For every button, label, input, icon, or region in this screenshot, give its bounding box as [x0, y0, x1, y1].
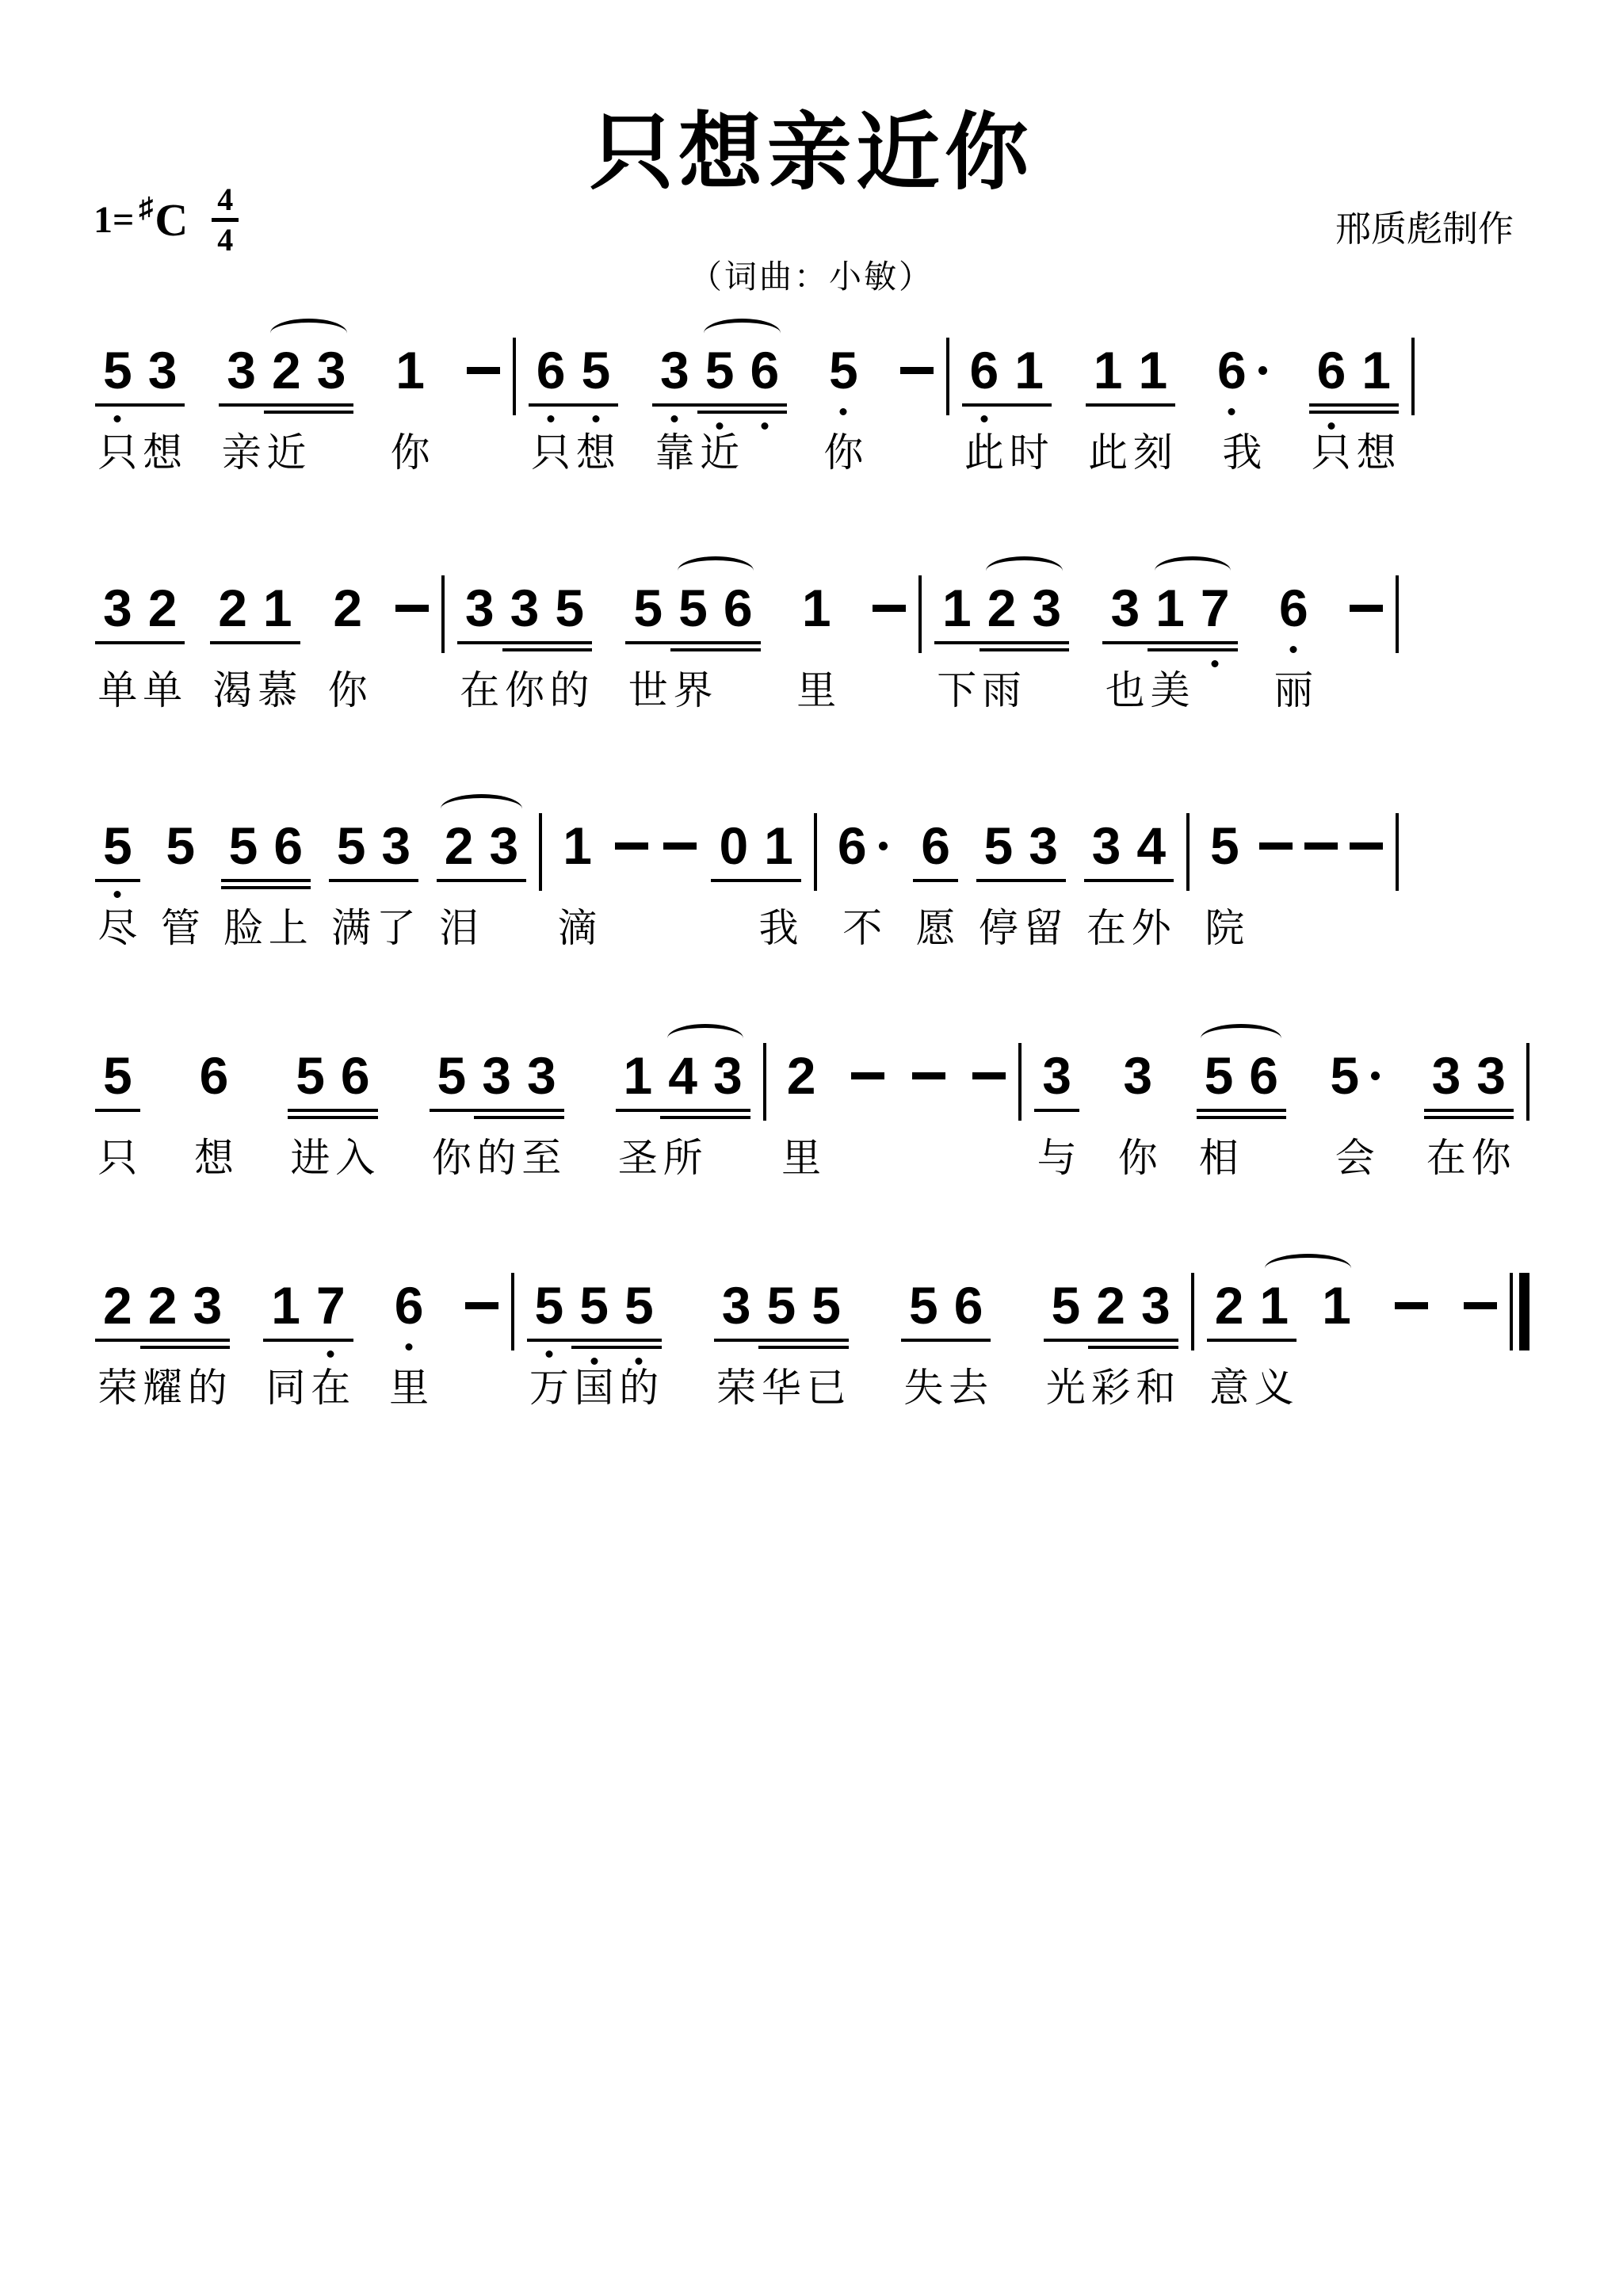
lyric-syllable: 里 — [796, 670, 836, 710]
beam-underline — [373, 879, 418, 882]
beam-underline — [980, 648, 1025, 651]
beam-underline — [934, 641, 980, 644]
beam-underline — [697, 403, 743, 407]
beam-group: 1此1刻 — [1086, 341, 1175, 399]
measure: 3在3你5的5世5界61里 — [445, 579, 918, 637]
beam-underline — [1309, 403, 1354, 407]
note-digit: 0 — [719, 819, 748, 872]
low-octave-dot — [406, 1343, 413, 1350]
note: 2荣 — [95, 1276, 140, 1335]
beam-underline — [265, 879, 311, 882]
beam-underline — [1133, 1346, 1178, 1349]
note: 2泪 — [437, 816, 482, 875]
note-digit: 7 — [1201, 582, 1230, 634]
note-digit: 5 — [624, 1279, 654, 1331]
lyric-syllable: 华 — [762, 1368, 801, 1408]
beam-group: 3靠5近6 — [652, 341, 787, 399]
note-digit: 4 — [1136, 819, 1166, 872]
note: 3你 — [1115, 1046, 1160, 1105]
lyric-syllable: 留 — [1024, 908, 1064, 948]
lyric-syllable: 近 — [266, 433, 306, 472]
lyric-syllable: 近 — [700, 433, 739, 472]
beam-group: 1圣4所3 — [616, 1046, 750, 1105]
note-digit: 6 — [273, 819, 303, 872]
lyric-syllable: 管 — [161, 908, 200, 948]
beam-underline — [962, 403, 1007, 407]
song-title: 只想亲近你 — [0, 86, 1623, 206]
note: 2里 — [779, 1046, 824, 1105]
beam-underline — [221, 886, 266, 889]
note: 5脸 — [221, 816, 266, 875]
note: 2单 — [140, 579, 185, 637]
measure: 2荣2耀3的1同7在6里 — [95, 1276, 511, 1335]
note: 5国 — [571, 1276, 617, 1335]
beam-underline — [1133, 1339, 1178, 1342]
beam-underline — [309, 403, 354, 407]
note-digit: 3 — [713, 1049, 743, 1102]
music-line: 5只6想5进6入5你3的3至1圣4所32里3与3你5相65会3在3你 — [95, 1046, 1529, 1121]
note: 1 — [1314, 1276, 1359, 1335]
note: 5世 — [625, 579, 670, 637]
note-digit: 2 — [333, 582, 362, 634]
measure: 5只3想3亲2近31你 — [95, 341, 513, 399]
final-barline-thin — [1510, 1273, 1513, 1350]
note-digit: 2 — [148, 582, 178, 634]
lyric-syllable: 光 — [1046, 1368, 1086, 1408]
lyric-syllable: 想 — [143, 433, 182, 472]
note: 5停 — [976, 816, 1022, 875]
beam-underline — [1102, 641, 1148, 644]
note: 6里 — [387, 1276, 432, 1335]
dash-continuation — [912, 1072, 945, 1079]
measure: 1下2雨33也1美76丽 — [922, 579, 1396, 637]
beam-underline — [705, 1109, 750, 1112]
lyric-syllable: 里 — [389, 1368, 429, 1408]
lyric-syllable: 至 — [521, 1138, 561, 1178]
measure: 3单2单2渴1慕2你 — [95, 579, 441, 637]
note: 3 — [1024, 579, 1069, 637]
note-digit: 1 — [1322, 1279, 1351, 1331]
lyric-syllable: 同 — [266, 1368, 306, 1408]
note-digit: 2 — [445, 819, 474, 872]
note-digit: 3 — [1123, 1049, 1152, 1102]
note: 5万 — [527, 1276, 572, 1335]
lyric-syllable: 只 — [1312, 433, 1351, 472]
beam-underline — [140, 641, 185, 644]
beam-underline — [430, 1109, 475, 1112]
lyric-syllable: 世 — [628, 670, 668, 710]
beam-underline — [527, 1339, 572, 1342]
beam-underline — [264, 403, 309, 407]
dash-continuation — [465, 1302, 498, 1309]
note-digit: 3 — [1141, 1279, 1170, 1331]
low-octave-dot — [590, 1358, 598, 1365]
lyric-syllable: 你 — [1118, 1138, 1158, 1178]
note: 0 — [711, 816, 756, 875]
note-digit: 5 — [581, 344, 610, 396]
lyric-syllable: 你 — [391, 433, 430, 472]
lyric-syllable: 失 — [903, 1368, 943, 1408]
note: 7 — [1193, 579, 1238, 637]
note-digit: 1 — [563, 819, 592, 872]
note: 1你 — [388, 341, 433, 399]
dash-continuation — [1304, 842, 1338, 850]
beam-group: 5失6去 — [901, 1276, 991, 1335]
beam-group: 6只1想 — [1309, 341, 1399, 399]
low-octave-dot — [114, 891, 121, 898]
note-digit: 3 — [482, 1049, 511, 1102]
lyric-syllable: 荣 — [97, 1368, 137, 1408]
note: 4所 — [660, 1046, 705, 1105]
barline — [1396, 575, 1399, 653]
lyric-syllable: 慕 — [258, 670, 297, 710]
beam-underline — [140, 403, 185, 407]
note: 6 — [1241, 1046, 1286, 1105]
beam-underline — [255, 641, 300, 644]
note-digit: 1 — [802, 582, 831, 634]
note: 1我 — [756, 816, 801, 875]
note-digit: 3 — [1032, 582, 1061, 634]
beam-underline — [573, 403, 618, 407]
dash-continuation — [395, 605, 429, 612]
note: 5相 — [1197, 1046, 1242, 1105]
beam-group: 3亲2近3 — [219, 341, 353, 399]
measure: 5只6想5进6入5你3的3至1圣4所3 — [95, 1046, 763, 1105]
note: 3你 — [1468, 1046, 1514, 1105]
note-digit: 3 — [489, 819, 518, 872]
beam-underline — [1251, 1339, 1296, 1342]
slur-arc — [704, 319, 780, 336]
note: 5只 — [95, 1046, 140, 1105]
note: 5管 — [158, 816, 203, 875]
beam-underline — [519, 1109, 564, 1112]
note-digit: 2 — [787, 1049, 816, 1102]
lyric-syllable: 界 — [673, 670, 712, 710]
lyric-syllable: 单 — [143, 670, 182, 710]
measure: 2里 — [766, 1046, 1019, 1105]
measure: 6此1时1此1刻6我6只1想 — [949, 341, 1411, 399]
beam-group: 01我 — [711, 816, 800, 875]
dash-continuation — [663, 842, 697, 850]
note: 1刻 — [1131, 341, 1176, 399]
note-digit: 1 — [1155, 582, 1185, 634]
lyric-syllable: 外 — [1132, 908, 1171, 948]
lyric-syllable: 圣 — [618, 1138, 658, 1178]
note: 6不 — [830, 816, 896, 875]
note: 6上 — [265, 816, 311, 875]
lyric-syllable: 此 — [964, 433, 1004, 472]
beam-underline — [1084, 879, 1129, 882]
lyric-syllable: 亲 — [222, 433, 262, 472]
low-octave-dot — [592, 415, 599, 422]
note-digit: 3 — [103, 582, 132, 634]
note: 3 — [705, 1046, 750, 1105]
note: 1同 — [263, 1276, 308, 1335]
note: 1美 — [1148, 579, 1193, 637]
note-digit: 5 — [705, 344, 735, 396]
note: 1圣 — [616, 1046, 661, 1105]
note-digit: 1 — [1361, 344, 1391, 396]
beam-underline — [1148, 648, 1193, 651]
lyric-syllable: 荣 — [716, 1368, 756, 1408]
lyric-syllable: 靠 — [655, 433, 694, 472]
beam-group: 3在4外 — [1084, 816, 1174, 875]
note-digit: 3 — [227, 344, 256, 396]
note: 3单 — [95, 579, 140, 637]
note-digit: 5 — [437, 1049, 467, 1102]
beam-underline — [329, 879, 374, 882]
barline — [1411, 338, 1415, 415]
note-digit: 3 — [193, 1279, 222, 1331]
beam-underline — [660, 1116, 705, 1119]
lyric-syllable: 时 — [1010, 433, 1049, 472]
note: 3荣 — [714, 1276, 759, 1335]
lyric-syllable: 了 — [376, 908, 416, 948]
key-signature: 1= ♯ C 4 4 — [94, 182, 239, 258]
beam-underline — [1128, 879, 1174, 882]
beam-underline — [804, 1346, 849, 1349]
measure: 5尽5管5脸6上5满3了2泪3 — [95, 816, 539, 875]
beam-underline — [1468, 1116, 1514, 1119]
beam-underline — [185, 1339, 230, 1342]
beam-underline — [1021, 879, 1066, 882]
sharp-accidental-icon: ♯ — [139, 191, 153, 224]
dash-continuation — [1350, 605, 1383, 612]
lyric-syllable: 丽 — [1274, 670, 1313, 710]
beam-group: 3单2单 — [95, 579, 185, 637]
lyric-syllable: 满 — [331, 908, 371, 948]
measure: 5院 — [1190, 816, 1396, 875]
note: 2耀 — [140, 1276, 185, 1335]
note: 2意 — [1207, 1276, 1252, 1335]
beam-underline — [1241, 1109, 1286, 1112]
beam-group: 5满3了 — [329, 816, 418, 875]
slur-arc — [1155, 556, 1231, 574]
dash-continuation — [851, 1072, 884, 1079]
low-octave-dot — [327, 1350, 334, 1358]
note: 5满 — [329, 816, 374, 875]
beam-group: 5脸6上 — [221, 816, 311, 875]
lyric-syllable: 会 — [1335, 1138, 1375, 1178]
note-digit: 2 — [218, 582, 247, 634]
dash-continuation — [1464, 1302, 1497, 1309]
beam-underline — [1088, 1339, 1133, 1342]
beam-underline — [670, 648, 716, 651]
lyric-syllable: 下 — [937, 670, 976, 710]
lyric-syllable: 在 — [1086, 908, 1126, 948]
note-digit: 3 — [1110, 582, 1140, 634]
lyric-syllable: 只 — [531, 433, 571, 472]
dash-continuation — [467, 367, 500, 374]
lyric-syllable: 彩 — [1091, 1368, 1131, 1408]
beam-underline — [616, 1109, 661, 1112]
lyric-syllable: 相 — [1199, 1138, 1239, 1178]
music-line: 5尽5管5脸6上5满3了2泪31滴01我6不6愿5停3留3在4外5院 — [95, 816, 1399, 891]
beam-group: 5只3想 — [95, 341, 185, 399]
beam-underline — [716, 641, 761, 644]
low-octave-dot — [1327, 422, 1335, 430]
note-digit: 1 — [1139, 344, 1168, 396]
note-digit: 6 — [838, 819, 867, 872]
note: 5的 — [617, 1276, 662, 1335]
slur-arc — [270, 319, 346, 336]
beam-underline — [333, 1116, 378, 1119]
beam-underline — [571, 1346, 617, 1349]
dash-continuation — [615, 842, 648, 850]
final-barline — [1510, 1273, 1529, 1350]
note: 6只 — [529, 341, 574, 399]
lyric-syllable: 想 — [1357, 433, 1396, 472]
beam-group: 6此1时 — [962, 341, 1052, 399]
lyric-syllable: 在 — [460, 670, 499, 710]
beam-underline — [219, 403, 264, 407]
note: 3 — [309, 341, 354, 399]
lyric-syllable: 耀 — [143, 1368, 182, 1408]
beam-underline — [1088, 1346, 1133, 1349]
beam-underline — [474, 1109, 519, 1112]
note: 1下 — [934, 579, 980, 637]
low-octave-dot — [114, 415, 121, 422]
note: 5华 — [758, 1276, 804, 1335]
note: 6想 — [192, 1046, 237, 1105]
note-digit: 1 — [395, 344, 425, 396]
music-line: 5只3想3亲2近31你6只5想3靠5近65你6此1时1此1刻6我6只1想 — [95, 341, 1415, 415]
note: 2你 — [325, 579, 370, 637]
beam-group: 5世5界6 — [625, 579, 760, 637]
lyric-syllable: 意 — [1209, 1368, 1249, 1408]
low-octave-dot — [671, 415, 678, 422]
note-digit: 2 — [1096, 1279, 1125, 1331]
note-digit: 1 — [624, 1049, 653, 1102]
note: 6 — [742, 341, 787, 399]
augmentation-dot — [879, 842, 888, 850]
note: 3在 — [1424, 1046, 1469, 1105]
beam-underline — [742, 411, 787, 414]
note-digit: 5 — [811, 1279, 841, 1331]
note-digit: 5 — [579, 1279, 609, 1331]
note: 1此 — [1086, 341, 1131, 399]
final-barline-thick — [1519, 1273, 1529, 1350]
note-digit: 2 — [272, 344, 301, 396]
note-digit: 5 — [103, 344, 132, 396]
measure: 6不6愿5停3留3在4外 — [817, 816, 1186, 875]
note-digit: 1 — [1259, 1279, 1289, 1331]
note-digit: 5 — [1330, 1049, 1359, 1102]
note: 1慕 — [255, 579, 300, 637]
lyric-syllable: 想 — [576, 433, 616, 472]
beam-underline — [263, 1339, 308, 1342]
slur-arc — [1265, 1254, 1351, 1271]
note: 3亲 — [219, 341, 264, 399]
note-digit: 5 — [909, 1279, 938, 1331]
barline — [1396, 813, 1399, 891]
note-digit: 2 — [1215, 1279, 1244, 1331]
note: 5你 — [821, 341, 866, 399]
beam-underline — [1006, 403, 1052, 407]
beam-underline — [1024, 648, 1069, 651]
lyric-syllable: 进 — [291, 1138, 330, 1178]
note-digit: 3 — [1042, 1049, 1071, 1102]
note: 3与 — [1034, 1046, 1079, 1105]
note-digit: 6 — [1217, 344, 1247, 396]
note: 4外 — [1128, 816, 1174, 875]
beam-underline — [804, 1339, 849, 1342]
beam-underline — [670, 641, 716, 644]
note: 5会 — [1322, 1046, 1388, 1105]
note: 6去 — [946, 1276, 991, 1335]
note-digit: 5 — [766, 1279, 796, 1331]
note: 1义 — [1251, 1276, 1296, 1335]
augmentation-dot — [1371, 1072, 1380, 1080]
beam-underline — [652, 403, 697, 407]
note-digit: 6 — [537, 344, 566, 396]
beam-underline — [95, 1339, 140, 1342]
beam-underline — [474, 1116, 519, 1119]
lyric-syllable: 雨 — [982, 670, 1022, 710]
note-digit: 5 — [829, 344, 858, 396]
low-octave-dot — [761, 422, 768, 430]
dash-continuation — [972, 1072, 1006, 1079]
lyric-syllable: 和 — [1136, 1368, 1175, 1408]
note-digit: 5 — [337, 819, 366, 872]
note: 3和 — [1133, 1276, 1178, 1335]
beam-underline — [519, 1116, 564, 1119]
note-digit: 3 — [722, 1279, 751, 1331]
note-digit: 6 — [921, 819, 950, 872]
key-tonic-prefix: 1= — [94, 198, 134, 242]
note-digit: 6 — [750, 344, 779, 396]
note-digit: 3 — [317, 344, 346, 396]
note-digit: 5 — [535, 1279, 564, 1331]
beam-underline — [95, 879, 140, 882]
beam-underline — [1148, 641, 1193, 644]
note-digit: 5 — [103, 1049, 132, 1102]
beam-underline — [333, 1109, 378, 1112]
beam-underline — [756, 879, 801, 882]
note-digit: 1 — [271, 1279, 300, 1331]
note-digit: 3 — [1476, 1049, 1506, 1102]
note: 3靠 — [652, 341, 697, 399]
measure: 6只5想3靠5近65你 — [516, 341, 946, 399]
note: 6入 — [333, 1046, 378, 1105]
note-digit: 6 — [1279, 582, 1308, 634]
lyric-syllable: 你 — [1472, 1138, 1511, 1178]
note: 2彩 — [1088, 1276, 1133, 1335]
time-signature-numerator: 4 — [212, 182, 239, 222]
beam-underline — [1241, 1116, 1286, 1119]
beam-underline — [758, 1339, 804, 1342]
beam-underline — [1193, 641, 1238, 644]
dash-continuation — [900, 367, 934, 374]
beam-underline — [758, 1346, 804, 1349]
lyric-syllable: 义 — [1254, 1368, 1294, 1408]
lyric-syllable: 也 — [1106, 670, 1145, 710]
beam-group: 2渴1慕 — [210, 579, 300, 637]
dash-continuation — [1395, 1302, 1428, 1309]
beam-underline — [617, 1339, 662, 1342]
note-digit: 5 — [166, 819, 195, 872]
note-digit: 1 — [764, 819, 793, 872]
measure: 2意1义1 — [1194, 1276, 1510, 1335]
note: 6我 — [1209, 341, 1275, 399]
beam-underline — [288, 1109, 333, 1112]
beam-underline — [1424, 1109, 1469, 1112]
lyric-syllable: 所 — [663, 1138, 703, 1178]
beam-group: 5进6入 — [288, 1046, 377, 1105]
note: 7在 — [308, 1276, 353, 1335]
beam-underline — [946, 1339, 991, 1342]
lyric-syllable: 尽 — [97, 908, 137, 948]
